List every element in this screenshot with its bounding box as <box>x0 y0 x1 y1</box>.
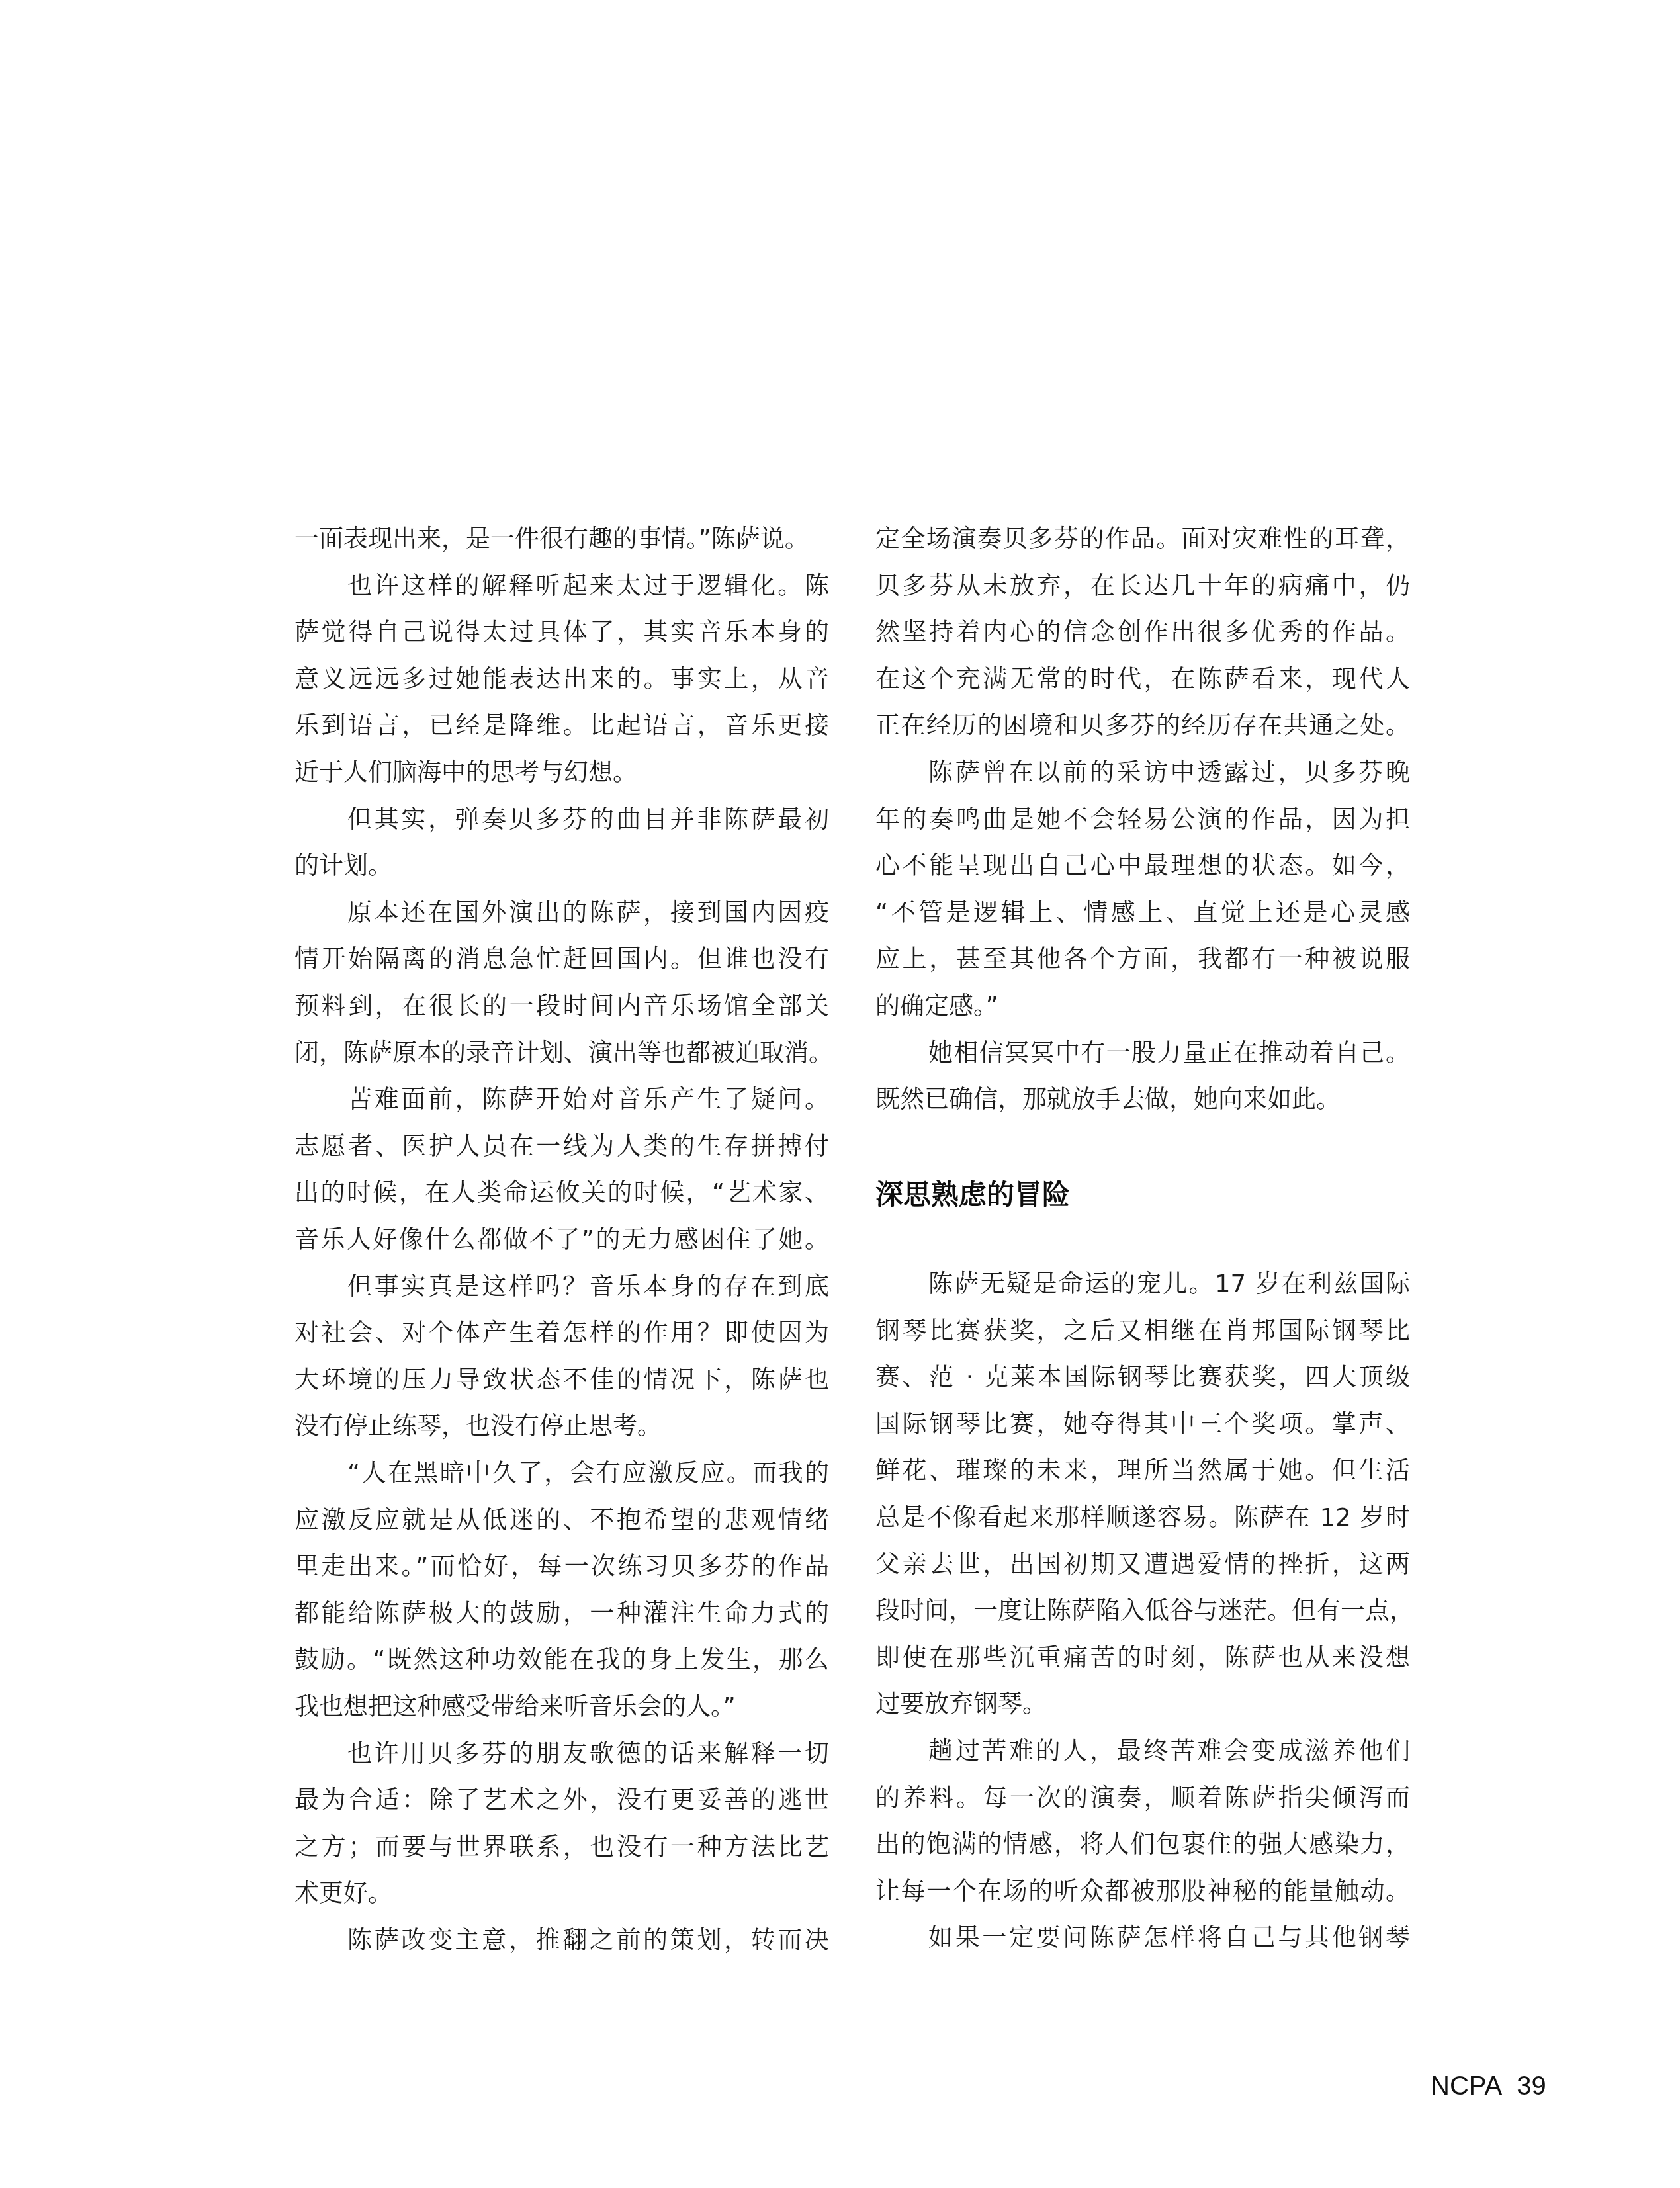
text-line: 音乐人好像什么都做不了”的无力感困住了她。 <box>294 1223 829 1256</box>
text-line: 最为合适：除了艺术之外，没有更妥善的逃世 <box>294 1784 829 1817</box>
text-line: 出的时候，在人类命运攸关的时候，“艺术家、 <box>294 1176 829 1209</box>
text-line: 让每一个在场的听众都被那股神秘的能量触动。 <box>875 1875 1410 1908</box>
text-line: 志愿者、医护人员在一线为人类的生存拼搏付 <box>294 1130 829 1163</box>
text-line: 的养料。每一次的演奏，顺着陈萨指尖倾泻而 <box>875 1782 1410 1815</box>
page-footer: NCPA39 <box>1431 2070 1546 2103</box>
text-line: 陈萨无疑是命运的宠儿。17 岁在利兹国际 <box>928 1268 1410 1301</box>
text-line: 萨觉得自己说得太过具体了，其实音乐本身的 <box>294 616 829 649</box>
text-line: 里走出来。”而恰好，每一次练习贝多芬的作品 <box>294 1550 829 1583</box>
text-line: 陈萨曾在以前的采访中透露过，贝多芬晚 <box>928 756 1410 789</box>
text-line: 应上，甚至其他各个方面，我都有一种被说服 <box>875 943 1410 976</box>
text-line: 既然已确信，那就放手去做，她向来如此。 <box>875 1083 1410 1116</box>
text-line: 对社会、对个体产生着怎样的作用？即使因为 <box>294 1317 829 1350</box>
text-line: 鲜花、璀璨的未来，理所当然属于她。但生活 <box>875 1454 1410 1487</box>
text-line: 正在经历的困境和贝多芬的经历存在共通之处。 <box>875 709 1410 742</box>
text-line: 情开始隔离的消息急忙赶回国内。但谁也没有 <box>294 943 829 976</box>
text-line: 心不能呈现出自己心中最理想的状态。如今， <box>875 850 1410 883</box>
text-line: 赛、范 · 克莱本国际钢琴比赛获奖，四大顶级 <box>875 1361 1410 1394</box>
text-line: 大环境的压力导致状态不佳的情况下，陈萨也 <box>294 1364 829 1397</box>
text-line: 也许这样的解释听起来太过于逻辑化。陈 <box>347 570 829 603</box>
text-line: 即使在那些沉重痛苦的时刻，陈萨也从来没想 <box>875 1641 1410 1675</box>
text-line: 陈萨改变主意，推翻之前的策划，转而决 <box>347 1924 829 1957</box>
text-line: 父亲去世，出国初期又遭遇爱情的挫折，这两 <box>875 1548 1410 1581</box>
page-number: 39 <box>1517 2072 1546 2101</box>
text-line: 如果一定要问陈萨怎样将自己与其他钢琴 <box>928 1921 1410 1954</box>
text-line: “人在黑暗中久了，会有应激反应。而我的 <box>347 1457 829 1490</box>
section-heading: 深思熟虑的冒险 <box>875 1176 1070 1213</box>
text-line: 之方；而要与世界联系，也没有一种方法比艺 <box>294 1831 829 1864</box>
text-line: 的计划。 <box>294 850 829 883</box>
text-line: 苦难面前，陈萨开始对音乐产生了疑问。 <box>347 1083 829 1116</box>
text-line: 都能给陈萨极大的鼓励，一种灌注生命力式的 <box>294 1597 829 1630</box>
text-line: 钢琴比赛获奖，之后又相继在肖邦国际钢琴比 <box>875 1315 1410 1348</box>
text-line: 年的奏鸣曲是她不会轻易公演的作品，因为担 <box>875 803 1410 836</box>
text-line: 鼓励。“既然这种功效能在我的身上发生，那么 <box>294 1643 829 1677</box>
text-line: 总是不像看起来那样顺遂容易。陈萨在 12 岁时 <box>875 1501 1410 1534</box>
text-line: 也许用贝多芬的朋友歌德的话来解释一切 <box>347 1737 829 1771</box>
text-line: 但事实真是这样吗？音乐本身的存在到底 <box>347 1270 829 1303</box>
text-line: 出的饱满的情感，将人们包裹住的强大感染力， <box>875 1828 1410 1861</box>
text-line: 段时间，一度让陈萨陷入低谷与迷茫。但有一点， <box>875 1595 1410 1628</box>
text-line: 我也想把这种感受带给来听音乐会的人。” <box>294 1690 829 1724</box>
text-line: 过要放弃钢琴。 <box>875 1688 1410 1721</box>
text-line: 术更好。 <box>294 1877 829 1910</box>
text-line: 闭，陈萨原本的录音计划、演出等也都被迫取消。 <box>294 1037 829 1070</box>
text-line: 原本还在国外演出的陈萨，接到国内因疫 <box>347 897 829 930</box>
text-line: 趟过苦难的人，最终苦难会变成滋养他们 <box>928 1735 1410 1768</box>
text-line: 应激反应就是从低迷的、不抱希望的悲观情绪 <box>294 1504 829 1537</box>
text-line: 没有停止练琴，也没有停止思考。 <box>294 1410 829 1443</box>
text-line: 国际钢琴比赛，她夺得其中三个奖项。掌声、 <box>875 1408 1410 1441</box>
text-line: 然坚持着内心的信念创作出很多优秀的作品。 <box>875 616 1410 649</box>
text-line: 意义远远多过她能表达出来的。事实上，从音 <box>294 663 829 696</box>
text-line: 贝多芬从未放弃，在长达几十年的病痛中，仍 <box>875 570 1410 603</box>
text-line: 乐到语言，已经是降维。比起语言，音乐更接 <box>294 709 829 742</box>
right-text-column: 深思熟虑的冒险 定全场演奏贝多芬的作品。面对灾难性的耳聋，贝多芬从未放弃，在长达… <box>875 0 1410 2188</box>
magazine-page: 一面表现出来，是一件很有趣的事情。”陈萨说。也许这样的解释听起来太过于逻辑化。陈… <box>0 0 1680 2188</box>
text-line: 一面表现出来，是一件很有趣的事情。”陈萨说。 <box>294 523 829 556</box>
text-line: 但其实，弹奏贝多芬的曲目并非陈萨最初 <box>347 803 829 836</box>
left-text-column: 一面表现出来，是一件很有趣的事情。”陈萨说。也许这样的解释听起来太过于逻辑化。陈… <box>294 0 829 2188</box>
text-line: 预料到，在很长的一段时间内音乐场馆全部关 <box>294 990 829 1023</box>
text-line: 在这个充满无常的时代，在陈萨看来，现代人 <box>875 663 1410 696</box>
text-line: 的确定感。” <box>875 990 1410 1023</box>
publication-name: NCPA <box>1431 2072 1502 2101</box>
text-line: “不管是逻辑上、情感上、直觉上还是心灵感 <box>875 897 1410 930</box>
text-line: 定全场演奏贝多芬的作品。面对灾难性的耳聋， <box>875 523 1410 556</box>
text-line: 近于人们脑海中的思考与幻想。 <box>294 756 829 789</box>
text-line: 她相信冥冥中有一股力量正在推动着自己。 <box>928 1037 1410 1070</box>
